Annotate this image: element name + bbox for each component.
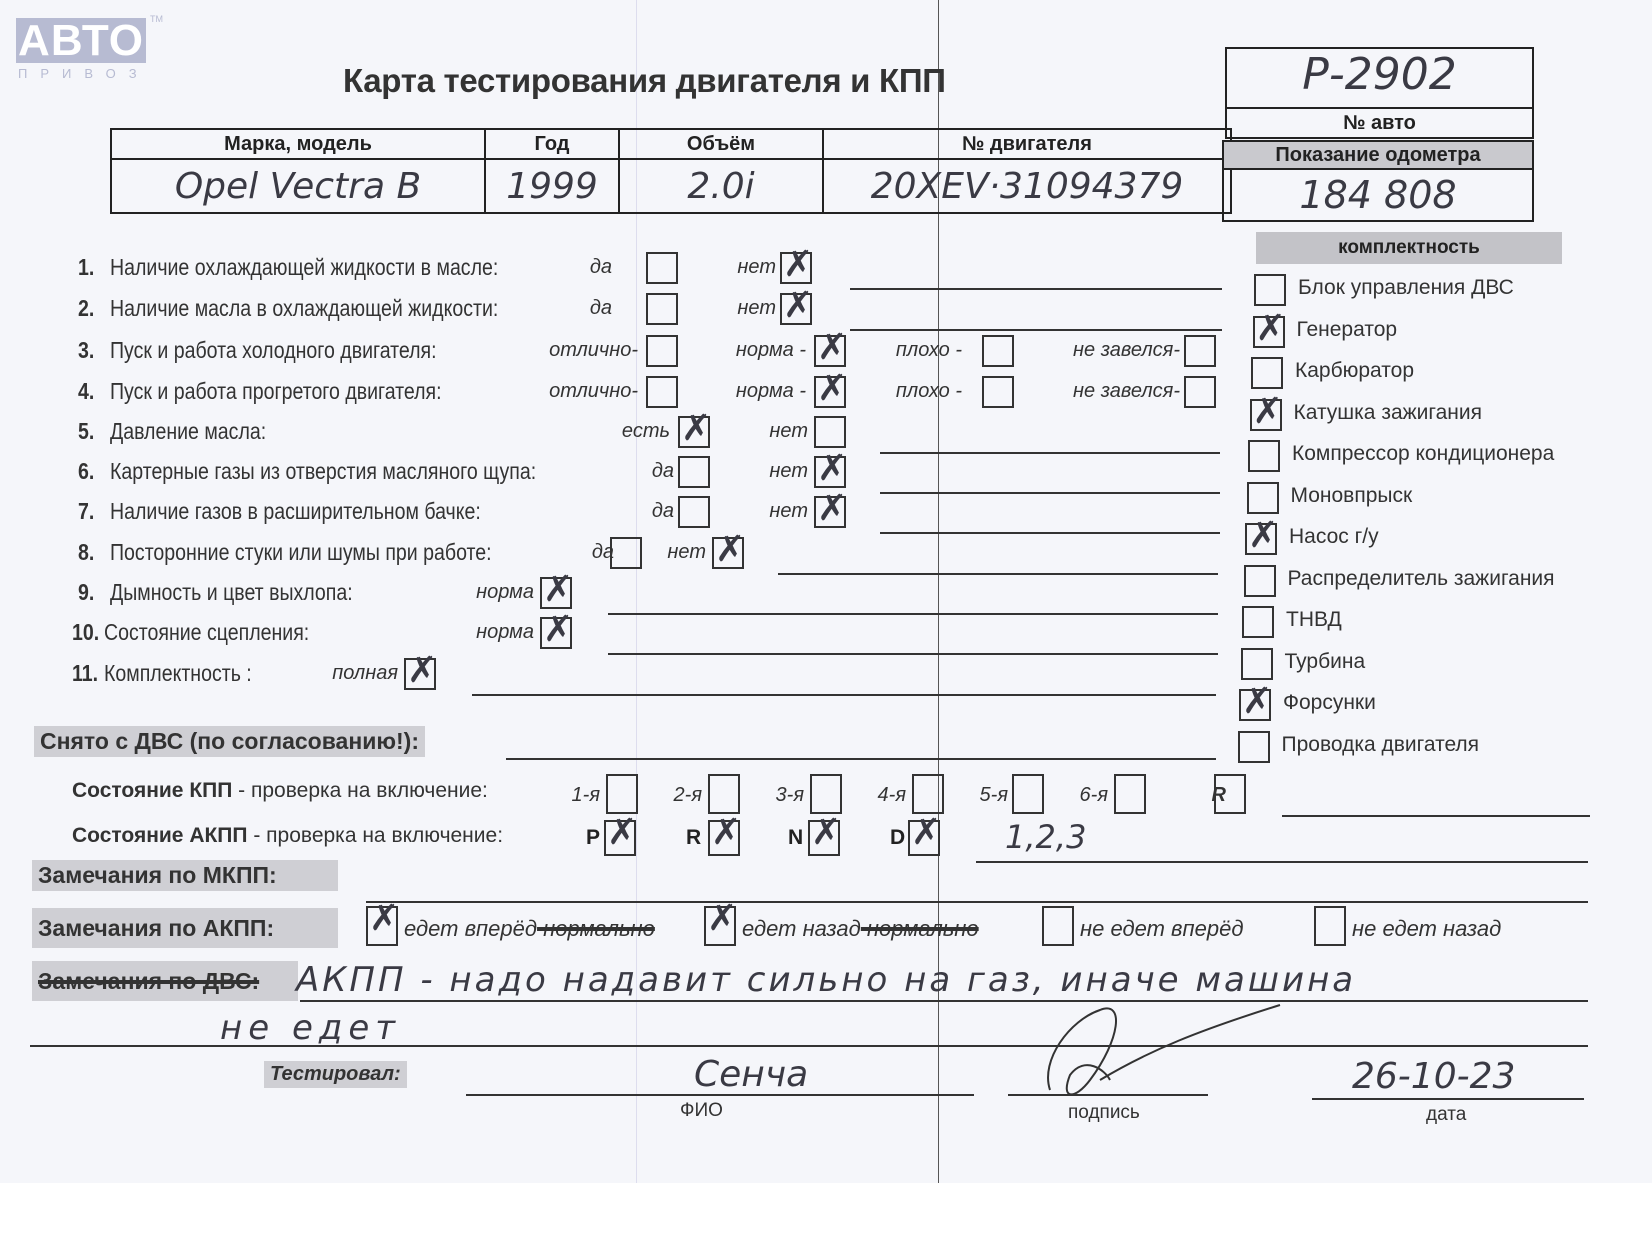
remarks-engine-label: Замечания по ДВС:	[32, 961, 298, 1001]
option-checkbox[interactable]	[982, 335, 1014, 367]
remarks-engine-line1: АКПП - надо надавит сильно на газ, иначе…	[296, 960, 1356, 1000]
option-checkbox[interactable]	[780, 293, 812, 325]
signature-caption: подпись	[1068, 1102, 1140, 1124]
option-checkbox[interactable]	[712, 537, 744, 569]
option-checkbox[interactable]	[814, 456, 846, 488]
gear-checkbox[interactable]	[708, 774, 740, 814]
option-label: нет	[769, 500, 808, 523]
remarks-engine-line2: не едет	[220, 1008, 401, 1048]
option-label: отлично-	[549, 339, 638, 362]
option-checkbox[interactable]	[814, 376, 846, 408]
completeness-checkbox[interactable]	[1251, 357, 1283, 389]
option-checkbox[interactable]	[1184, 376, 1216, 408]
question-text: Пуск и работа прогретого двигателя:	[110, 378, 442, 405]
question-number: 3.	[78, 337, 94, 364]
option-checkbox[interactable]	[780, 252, 812, 284]
completeness-checkbox[interactable]	[1250, 399, 1282, 431]
gear-label: 3-я	[776, 784, 804, 807]
date-caption: дата	[1426, 1104, 1466, 1126]
completeness-item-label: Проводка двигателя	[1282, 733, 1480, 757]
option-checkbox[interactable]	[982, 376, 1014, 408]
gear-label: 6-я	[1080, 784, 1108, 807]
question-text: Посторонние стуки или шумы при работе:	[110, 539, 492, 566]
auto-remark-checkbox[interactable]	[704, 906, 736, 946]
option-checkbox[interactable]	[678, 496, 710, 528]
auto-remark-text: не едет назад	[1352, 916, 1501, 941]
auto-mode-checkbox[interactable]	[604, 820, 636, 856]
page-title: Карта тестирования двигателя и КПП	[343, 62, 946, 100]
gear-checkbox[interactable]	[1012, 774, 1044, 814]
completeness-checkbox[interactable]	[1241, 648, 1273, 680]
option-label: есть	[622, 420, 670, 443]
auto-gearbox-label-rest: - проверка на включение:	[248, 824, 504, 847]
completeness-checkbox[interactable]	[1238, 731, 1270, 763]
remarks-engine-line[interactable]	[30, 1045, 1588, 1047]
gear-checkbox[interactable]	[810, 774, 842, 814]
option-label: полная	[332, 662, 398, 685]
column-header: Год	[485, 129, 619, 159]
completeness-item-label: Насос г/у	[1289, 525, 1379, 549]
option-checkbox[interactable]	[814, 416, 846, 448]
question-text: Наличие газов в расширительном бачке:	[110, 498, 481, 525]
option-checkbox[interactable]	[1184, 335, 1216, 367]
question-note-line[interactable]	[880, 492, 1220, 494]
completeness-checkbox[interactable]	[1244, 565, 1276, 597]
completeness-checkbox[interactable]	[1248, 440, 1280, 472]
option-checkbox[interactable]	[404, 658, 436, 690]
auto-remark-label: не едет назад	[1352, 916, 1501, 942]
question-text: Давление масла:	[110, 418, 266, 445]
gear-label: 5-я	[980, 784, 1008, 807]
auto-remark-text: едет вперёд	[404, 916, 537, 941]
auto-remark-label: не едет вперёд	[1080, 916, 1244, 942]
option-checkbox[interactable]	[646, 376, 678, 408]
option-checkbox[interactable]	[540, 617, 572, 649]
option-checkbox[interactable]	[678, 416, 710, 448]
question-number: 9.	[78, 579, 94, 606]
option-label: нет	[737, 297, 776, 320]
auto-mode-checkbox[interactable]	[708, 820, 740, 856]
completeness-item-label: Моновпрыск	[1291, 484, 1413, 508]
odometer-value: 184 808	[1224, 170, 1532, 220]
question-note-line[interactable]	[880, 452, 1220, 454]
volume-value: 2.0i	[619, 159, 823, 213]
auto-gearbox-label: Состояние АКПП - проверка на включение:	[72, 824, 503, 848]
scanned-form: АВТО TM ПРИВОЗ Карта тестирования двигат…	[0, 0, 1652, 1183]
option-label: нет	[667, 541, 706, 564]
column-header: Марка, модель	[111, 129, 485, 159]
option-checkbox[interactable]	[646, 252, 678, 284]
date-line[interactable]	[1312, 1098, 1584, 1100]
question-note-line[interactable]	[850, 329, 1222, 331]
completeness-checkbox[interactable]	[1254, 274, 1286, 306]
auto-mode-checkbox[interactable]	[808, 820, 840, 856]
auto-remark-label: едет назад нормально	[742, 916, 979, 942]
option-label: плохо -	[896, 339, 962, 362]
completeness-title: комплектность	[1256, 232, 1562, 264]
option-checkbox[interactable]	[646, 335, 678, 367]
manual-gearbox-label: Состояние КПП - проверка на включение:	[72, 779, 488, 803]
question-text: Картерные газы из отверстия масляного щу…	[110, 458, 536, 485]
completeness-item-label: Форсунки	[1283, 691, 1376, 715]
option-label: нет	[769, 460, 808, 483]
car-number-box: Р-2902 № авто	[1225, 47, 1534, 139]
logo-subtext: ПРИВОЗ	[18, 66, 150, 81]
question-number: 6.	[78, 458, 94, 485]
auto-remark-checkbox[interactable]	[1042, 906, 1074, 946]
completeness-item-label: Турбина	[1285, 650, 1366, 674]
auto-remark-label: едет вперёд нормально	[404, 916, 655, 942]
option-label: да	[652, 460, 674, 483]
column-header: Объём	[619, 129, 823, 159]
odometer-box: Показание одометра 184 808	[1222, 140, 1534, 222]
gear-label: 1-я	[572, 784, 600, 807]
option-label: не завелся-	[1073, 339, 1180, 362]
completeness-item-label: ТНВД	[1286, 608, 1342, 632]
manual-gearbox-note-line[interactable]	[1282, 815, 1590, 817]
auto-remark-struck-text: нормально	[861, 916, 979, 941]
completeness-item-label: Генератор	[1297, 318, 1398, 342]
logo: АВТО	[16, 18, 146, 63]
completeness-checkbox[interactable]	[1253, 316, 1285, 348]
question-text: Наличие охлаждающей жидкости в масле:	[110, 254, 498, 281]
question-note-line[interactable]	[850, 288, 1222, 290]
option-label: норма -	[736, 339, 806, 362]
option-label: норма -	[736, 380, 806, 403]
auto-mode-label: D	[890, 826, 905, 850]
gear-label: 4-я	[878, 784, 906, 807]
option-label: да	[590, 297, 612, 320]
car-number-value: Р-2902	[1227, 49, 1532, 109]
gear-checkbox[interactable]	[1214, 774, 1246, 814]
remarks-manual-label: Замечания по МКПП:	[32, 860, 338, 891]
engine-number-value: 20XEV·31094379	[823, 159, 1231, 213]
remarks-engine-label-text: Замечания по ДВС:	[38, 968, 259, 994]
question-note-line[interactable]	[778, 573, 1218, 575]
completeness-item-label: Компрессор кондиционера	[1292, 442, 1554, 466]
remarks-manual-line[interactable]	[366, 901, 1588, 903]
auto-gearbox-note: 1,2,3	[1005, 818, 1086, 856]
option-label: норма	[476, 581, 534, 604]
question-number: 11.	[72, 660, 98, 687]
date-value: 26-10-23	[1352, 1056, 1515, 1097]
option-label: отлично-	[549, 380, 638, 403]
option-checkbox[interactable]	[610, 537, 642, 569]
removed-input-line[interactable]	[506, 758, 1216, 760]
manual-gearbox-label-rest: - проверка на включение:	[232, 779, 488, 802]
auto-gearbox-label-bold: Состояние АКПП	[72, 824, 248, 847]
question-note-line[interactable]	[472, 694, 1216, 696]
manual-gearbox-label-bold: Состояние КПП	[72, 779, 232, 802]
question-number: 10.	[72, 619, 99, 646]
question-note-line[interactable]	[608, 613, 1218, 615]
auto-gearbox-note-line[interactable]	[976, 861, 1588, 863]
logo-trademark: TM	[150, 14, 163, 24]
question-number: 7.	[78, 498, 94, 525]
question-number: 1.	[78, 254, 94, 281]
completeness-item-label: Блок управления ДВС	[1298, 276, 1514, 300]
completeness-checkbox[interactable]	[1242, 606, 1274, 638]
question-text: Состояние сцепления:	[104, 619, 309, 646]
question-text: Дымность и цвет выхлопа:	[110, 579, 353, 606]
completeness-item-label: Распределитель зажигания	[1288, 567, 1555, 591]
option-label: плохо -	[896, 380, 962, 403]
completeness-checkbox[interactable]	[1247, 482, 1279, 514]
car-number-label: № авто	[1227, 109, 1532, 137]
option-checkbox[interactable]	[814, 496, 846, 528]
option-label: не завелся-	[1073, 380, 1180, 403]
gear-checkbox[interactable]	[606, 774, 638, 814]
column-header: № двигателя	[823, 129, 1231, 159]
auto-mode-label: N	[788, 826, 803, 850]
question-number: 2.	[78, 295, 94, 322]
auto-mode-label: P	[586, 826, 600, 850]
option-label: нет	[737, 256, 776, 279]
name-line[interactable]	[466, 1094, 974, 1096]
question-number: 5.	[78, 418, 94, 445]
question-note-line[interactable]	[608, 653, 1218, 655]
model-value: Opel Vectra B	[111, 159, 485, 213]
gear-label: 2-я	[674, 784, 702, 807]
option-label: да	[590, 256, 612, 279]
gear-checkbox[interactable]	[912, 774, 944, 814]
gear-checkbox[interactable]	[1114, 774, 1146, 814]
removed-label: Снято с ДВС (по согласованию!):	[34, 726, 425, 757]
year-value: 1999	[485, 159, 619, 213]
auto-remark-struck-text: нормально	[537, 916, 655, 941]
odometer-label: Показание одометра	[1224, 142, 1532, 170]
completeness-checkbox[interactable]	[1239, 689, 1271, 721]
completeness-checkbox[interactable]	[1245, 523, 1277, 555]
auto-mode-label: R	[686, 826, 701, 850]
question-text: Наличие масла в охлаждающей жидкости:	[110, 295, 498, 322]
question-text: Пуск и работа холодного двигателя:	[110, 337, 437, 364]
auto-mode-checkbox[interactable]	[908, 820, 940, 856]
tested-by-label: Тестировал:	[264, 1061, 407, 1088]
tester-name: Сенча	[694, 1054, 808, 1095]
vehicle-info-table: Марка, модель Год Объём № двигателя Opel…	[110, 128, 1232, 214]
completeness-item-label: Катушка зажигания	[1294, 401, 1482, 425]
question-number: 8.	[78, 539, 94, 566]
question-text: Комплектность :	[104, 660, 252, 687]
auto-remark-checkbox[interactable]	[1314, 906, 1346, 946]
auto-remark-checkbox[interactable]	[366, 906, 398, 946]
question-note-line[interactable]	[880, 532, 1220, 534]
name-caption: ФИО	[680, 1100, 723, 1122]
option-checkbox[interactable]	[540, 577, 572, 609]
remarks-engine-line[interactable]	[300, 1000, 1588, 1002]
question-number: 4.	[78, 378, 94, 405]
auto-remark-text: не едет вперёд	[1080, 916, 1244, 941]
signature-line[interactable]	[1008, 1094, 1208, 1096]
option-checkbox[interactable]	[678, 456, 710, 488]
option-checkbox[interactable]	[646, 293, 678, 325]
completeness-item-label: Карбюратор	[1295, 359, 1414, 383]
auto-remark-text: едет назад	[742, 916, 861, 941]
option-label: норма	[476, 621, 534, 644]
option-label: да	[652, 500, 674, 523]
option-label: нет	[769, 420, 808, 443]
option-checkbox[interactable]	[814, 335, 846, 367]
remarks-auto-label: Замечания по АКПП:	[32, 908, 338, 948]
